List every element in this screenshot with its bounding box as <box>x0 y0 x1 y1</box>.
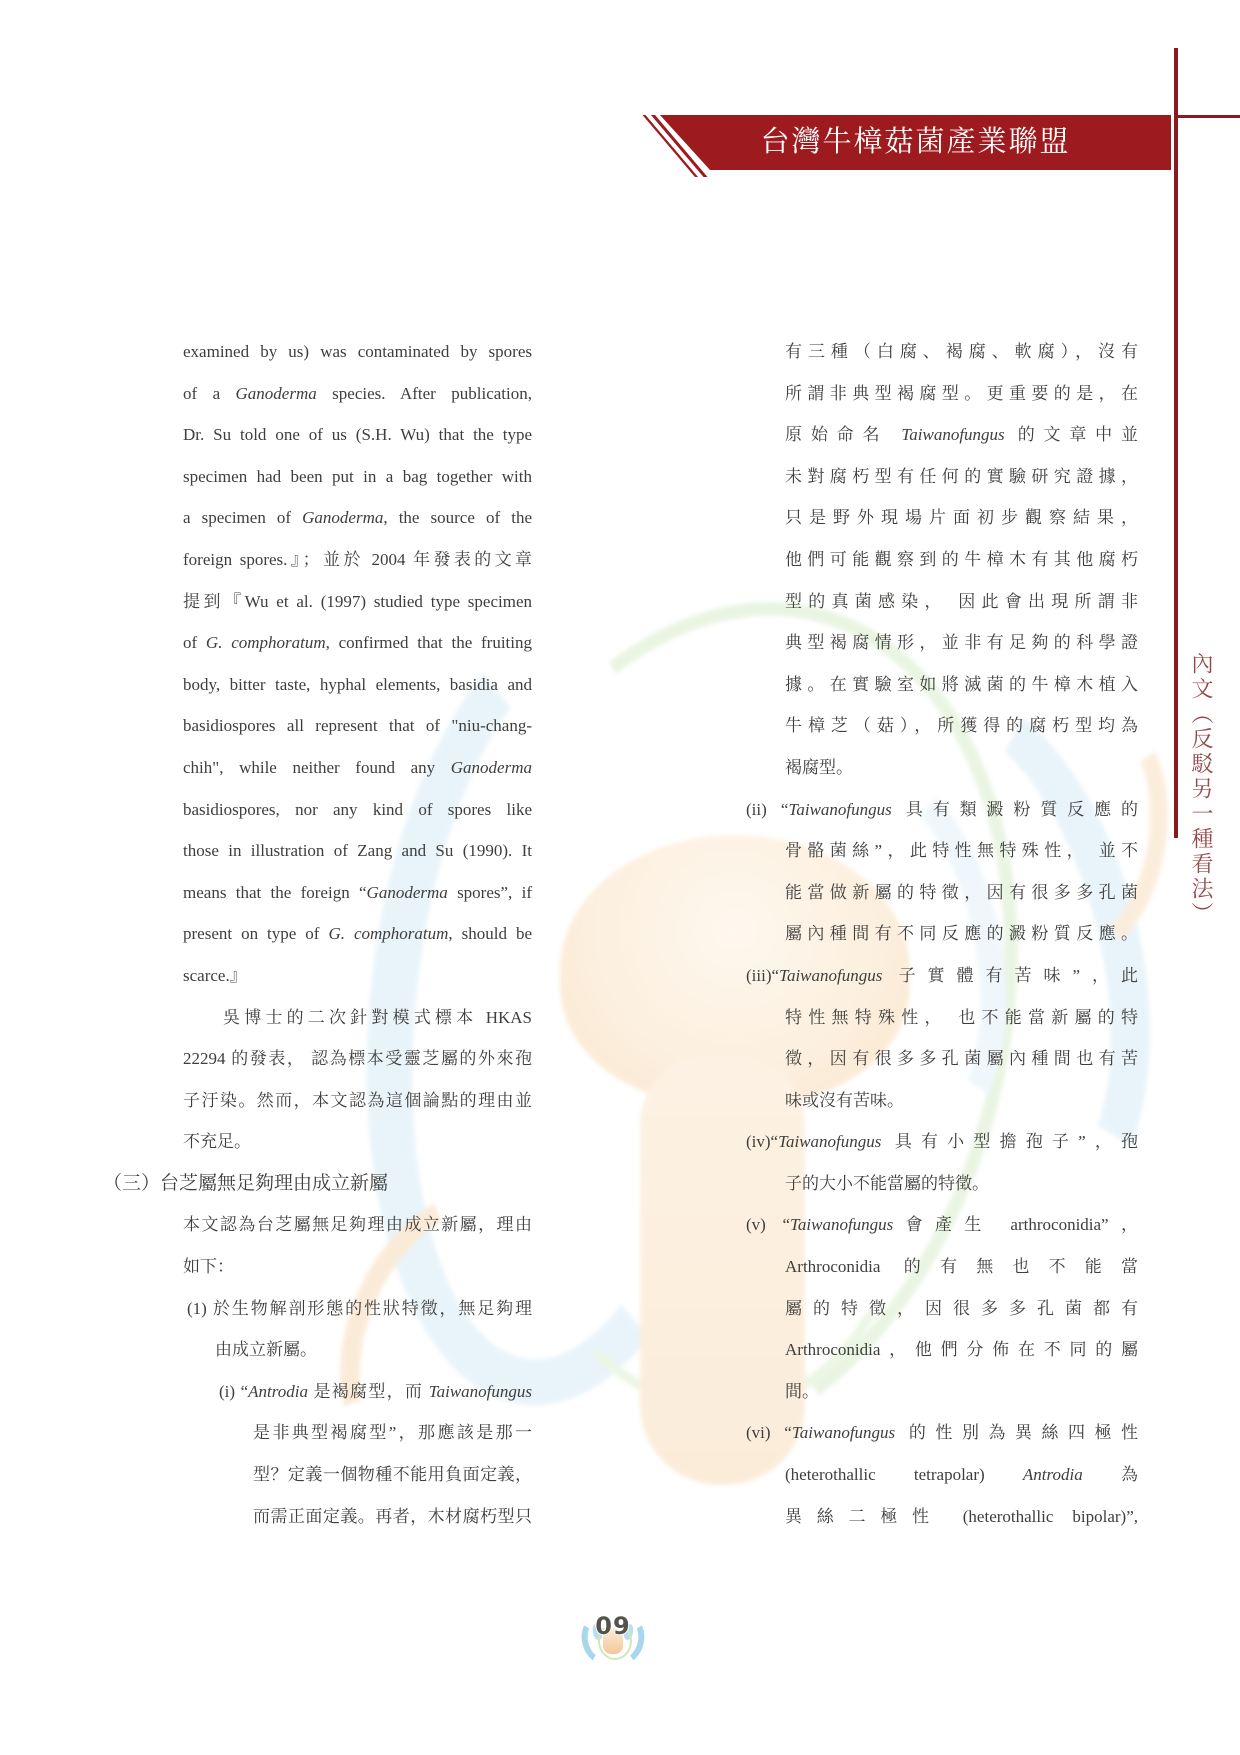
text-line: foreign spores.』；並於 2004 年發表的文章 <box>183 539 532 581</box>
text-line: 如下： <box>183 1246 532 1288</box>
header-rule-horizontal <box>1174 115 1240 118</box>
right-column: 有三種（白腐、褐腐、軟腐），沒有所謂非典型褐腐型。更重要的是，在原始命名 Tai… <box>746 331 1138 1537</box>
text-line: 典型褐腐情形，並非有足夠的科學證 <box>785 622 1138 664</box>
text-line: 不充足。 <box>183 1121 532 1163</box>
text-line: 他們可能觀察到的牛樟木有其他腐朽 <box>785 539 1138 581</box>
text-line: (v) “Taiwanofungus會產生 arthroconidia”， <box>746 1204 1138 1246</box>
text-line: (iv)“Taiwanofungus 具有小型擔孢子”，孢 <box>746 1121 1138 1163</box>
text-line: （三）台芝屬無足夠理由成立新屬 <box>103 1163 532 1205</box>
text-line: 特性無特殊性， 也不能當新屬的特 <box>785 997 1138 1039</box>
text-line: Arthroconidia，他們分佈在不同的屬 <box>785 1329 1138 1371</box>
text-line: 異絲二極性 (heterothallic bipolar)”, <box>785 1496 1138 1538</box>
text-line: specimen had been put in a bag together … <box>183 456 532 498</box>
text-line: 褐腐型。 <box>785 747 1138 789</box>
text-line: those in illustration of Zang and Su (19… <box>183 830 532 872</box>
text-line: 22294 的發表， 認為標本受靈芝屬的外來孢 <box>183 1038 532 1080</box>
text-line: (heterothallic tetrapolar) Antrodia 為 <box>785 1454 1138 1496</box>
text-line: basidiospores, nor any kind of spores li… <box>183 789 532 831</box>
text-line: chih", while neither found any Ganoderma <box>183 747 532 789</box>
text-line: 型？定義一個物種不能用負面定義， <box>253 1454 532 1496</box>
text-line: means that the foreign “Ganoderma spores… <box>183 872 532 914</box>
text-line: 是非典型褐腐型”，那應該是那一 <box>253 1412 532 1454</box>
text-line: 由成立新屬。 <box>215 1329 532 1371</box>
text-line: 吳博士的二次針對模式標本 HKAS <box>183 997 532 1039</box>
text-line: (1) 於生物解剖形態的性狀特徵，無足夠理 <box>187 1288 532 1330</box>
text-line: basidiospores all represent that of "niu… <box>183 705 532 747</box>
page-number-badge: 09 <box>582 1610 644 1662</box>
text-line: 型的真菌感染， 因此會出現所謂非 <box>785 581 1138 623</box>
text-line: 有三種（白腐、褐腐、軟腐），沒有 <box>785 331 1138 373</box>
text-line: Arthroconidia 的有無也不能當 <box>785 1246 1138 1288</box>
header-rule-vertical <box>1174 48 1178 838</box>
text-line: (iii)“Taiwanofungus 子實體有苦味”，此 <box>746 955 1138 997</box>
text-line: present on type of G. comphoratum, shoul… <box>183 913 532 955</box>
text-line: 子的大小不能當屬的特徵。 <box>785 1163 1138 1205</box>
text-line: 據。在實驗室如將滅菌的牛樟木植入 <box>785 664 1138 706</box>
text-line: 所謂非典型褐腐型。更重要的是，在 <box>785 373 1138 415</box>
text-line: (vi) “Taiwanofungus 的性別為異絲四極性 <box>746 1412 1138 1454</box>
text-line: 原始命名 Taiwanofungus 的文章中並 <box>785 414 1138 456</box>
document-page: 台灣牛樟菇菌產業聯盟 內文（反駁另一種看法） examined by us) w… <box>0 0 1240 1755</box>
text-line: a specimen of Ganoderma, the source of t… <box>183 497 532 539</box>
text-line: 未對腐朽型有任何的實驗研究證據， <box>785 456 1138 498</box>
text-line: 間。 <box>785 1371 1138 1413</box>
banner-title: 台灣牛樟菇菌產業聯盟 <box>660 115 1171 170</box>
text-line: body, bitter taste, hyphal elements, bas… <box>183 664 532 706</box>
text-line: examined by us) was contaminated by spor… <box>183 331 532 373</box>
text-line: 屬內種間有不同反應的澱粉質反應。 <box>785 913 1138 955</box>
sidebar-vertical-label: 內文（反駁另一種看法） <box>1186 652 1217 952</box>
text-line: 骨骼菌絲”，此特性無特殊性， 並不 <box>785 830 1138 872</box>
text-line: 提到『Wu et al. (1997) studied type specime… <box>183 581 532 623</box>
text-line: 子汙染。然而，本文認為這個論點的理由並 <box>183 1080 532 1122</box>
left-column: examined by us) was contaminated by spor… <box>103 331 532 1537</box>
text-line: 只是野外現場片面初步觀察結果， <box>785 497 1138 539</box>
text-line: of a Ganoderma species. After publicatio… <box>183 373 532 415</box>
text-line: (i) “Antrodia 是褐腐型，而 Taiwanofungus <box>219 1371 532 1413</box>
text-line: 而需正面定義。再者，木材腐朽型只 <box>253 1496 532 1538</box>
text-line: Dr. Su told one of us (S.H. Wu) that the… <box>183 414 532 456</box>
text-line: 徵，因有很多多孔菌屬內種間也有苦 <box>785 1038 1138 1080</box>
text-line: (ii) “Taiwanofungus 具有類澱粉質反應的 <box>746 789 1138 831</box>
text-line: of G. comphoratum, confirmed that the fr… <box>183 622 532 664</box>
text-line: 能當做新屬的特徵，因有很多多孔菌 <box>785 872 1138 914</box>
text-line: 本文認為台芝屬無足夠理由成立新屬，理由 <box>183 1204 532 1246</box>
page-number: 09 <box>582 1612 644 1640</box>
text-line: 味或沒有苦味。 <box>785 1080 1138 1122</box>
text-line: 屬的特徵，因很多多孔菌都有 <box>785 1288 1138 1330</box>
text-line: scarce.』 <box>183 955 532 997</box>
text-line: 牛樟芝（菇），所獲得的腐朽型均為 <box>785 705 1138 747</box>
